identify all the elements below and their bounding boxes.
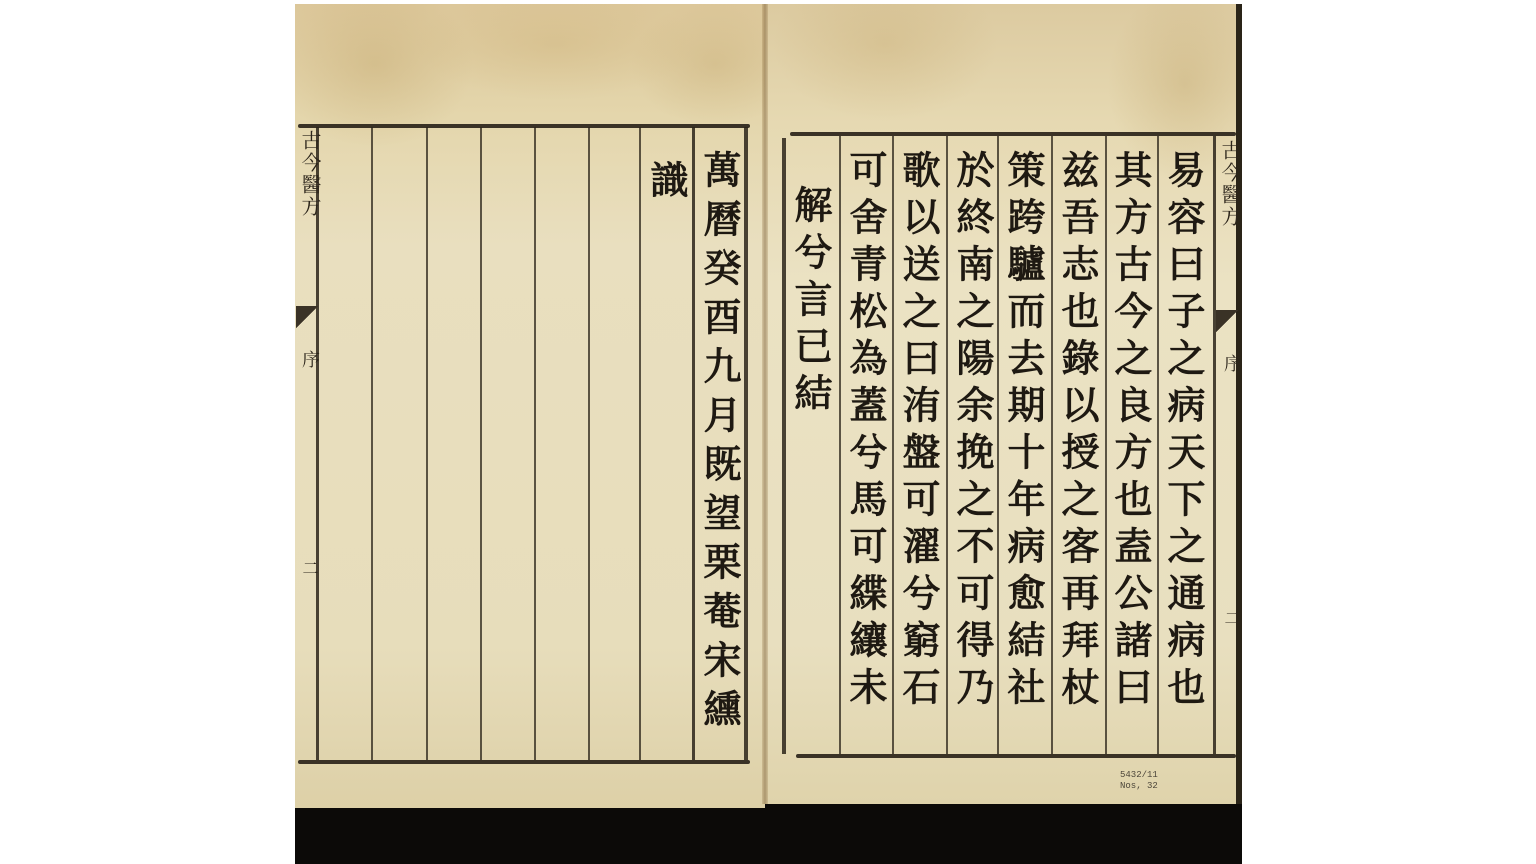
right-banxin-line [1213,136,1216,754]
fishtail-mark [1216,310,1238,332]
left-column-rule [480,127,482,760]
left-column-rule [534,127,536,760]
right-outer-border [782,138,786,754]
right-column-rule [839,136,841,754]
left-outer-border [744,127,748,760]
left-banxin-title: 古今醫方 [296,130,325,218]
left-page-number: 二 [298,560,321,576]
text-column-1: 易容曰子之病天下之通病也 [1164,150,1202,714]
book-gutter [762,4,768,804]
signature-suffix-column: 識 [647,160,685,209]
text-column-4: 策跨驢而去期十年病愈結社 [1004,150,1042,714]
left-column-rule [692,127,695,760]
left-column-rule [371,127,373,760]
call-number-line-2: Nos, 32 [1120,781,1158,792]
library-call-number: 5432/11 Nos, 32 [1120,770,1158,792]
text-column-5: 於終南之陽余挽之不可得乃 [953,150,991,714]
text-column-6: 歌以送之曰洧盤可濯兮窮石 [899,150,937,714]
right-column-rule [1157,136,1159,754]
call-number-line-1: 5432/11 [1120,770,1158,781]
left-column-rule [426,127,428,760]
right-column-rule [997,136,999,754]
right-column-rule [946,136,948,754]
text-column-2: 其方古今之良方也盍公諸曰 [1111,150,1149,714]
left-column-rule [639,127,641,760]
left-top-border [298,124,750,128]
text-column-3: 兹吾志也錄以授之客再拜杖 [1058,150,1096,714]
right-bottom-border [796,754,1236,758]
right-column-rule [892,136,894,754]
left-bottom-border [298,760,750,764]
right-banxin-title: 古今醫方 [1216,140,1245,228]
page-edge [1236,4,1242,804]
left-banxin-section: 序 [296,350,322,370]
left-column-rule [588,127,590,760]
left-banxin-line [316,127,319,760]
text-column-8: 解兮言已結 [791,185,829,420]
signature-column: 萬曆癸酉九月既望栗菴宋纁 [700,150,738,738]
fishtail-mark [296,306,318,328]
right-page-number: 二 [1220,610,1243,626]
right-column-rule [1105,136,1107,754]
text-column-7: 可舍青松為蓋兮馬可緤纕未 [846,150,884,714]
right-banxin-section: 序 [1218,354,1244,374]
right-top-border [790,132,1236,136]
right-column-rule [1051,136,1053,754]
